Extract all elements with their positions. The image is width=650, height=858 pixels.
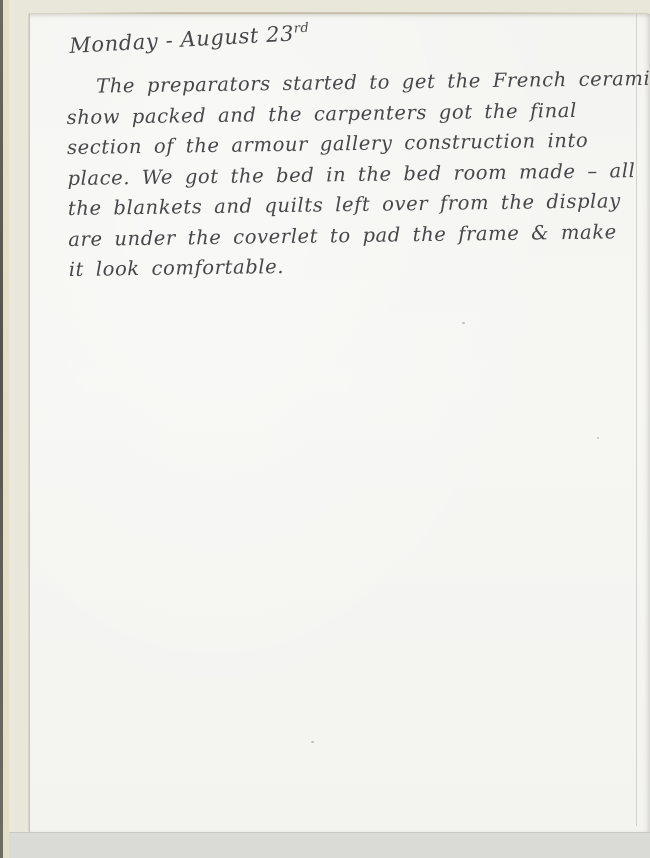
scan-speck [462,322,465,324]
scanned-diary-page: Monday - August 23rd The preparators sta… [0,0,650,858]
album-bottom-band [9,832,650,858]
entry-body: The preparators started to get the Frenc… [66,64,629,285]
scan-speck [597,437,599,439]
scan-speck [311,741,314,743]
paper-left-crease [29,14,30,832]
paper-top-crease [60,12,648,14]
paper-right-edge-line [636,14,637,826]
album-left-strip [3,0,9,858]
entry-date-ordinal: rd [293,21,309,37]
